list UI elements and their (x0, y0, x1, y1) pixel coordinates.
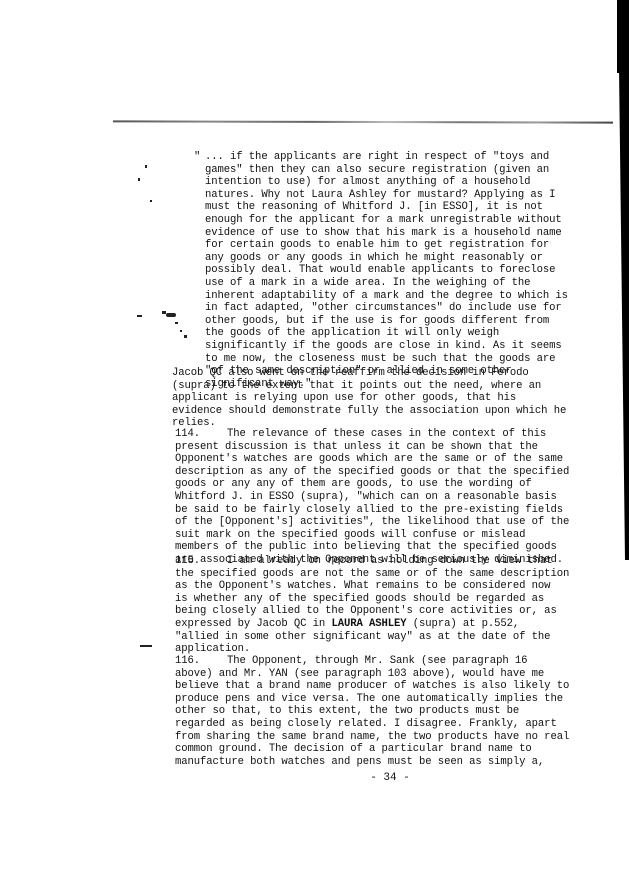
paragraph-line: application. (175, 643, 593, 656)
paragraph-line: I am already on record as holding down t… (227, 555, 552, 567)
paragraph-line: produce pens and vice versa. The one aut… (175, 693, 593, 706)
quote-line: possibly deal. That would enable applica… (205, 264, 593, 277)
paragraph-line: evidence should demonstrate fully the as… (172, 405, 596, 418)
paragraph-first-line: 114.The relevance of these cases in the … (175, 428, 593, 441)
text-span: (supra) at p.552, (407, 618, 520, 630)
quote-line: intention to use) for almost anything of… (205, 176, 593, 189)
scan-speck (184, 335, 187, 338)
scan-edge-shadow-taper (619, 0, 629, 560)
scan-speck (180, 330, 182, 332)
scan-speck (137, 315, 142, 317)
paragraph-line: goods or any any of them are goods, to u… (175, 478, 593, 491)
case-name-bold: LAURA ASHLEY (331, 618, 406, 630)
quote-line: for certain goods to enable him to get r… (205, 239, 593, 252)
quote-lines: ... if the applicants are right in respe… (205, 151, 593, 390)
paragraph-line: "allied in some other significant way" a… (175, 631, 593, 644)
paragraph-first-line: 115.I am already on record as holding do… (175, 555, 593, 568)
paragraph-line: The Opponent, through Mr. Sank (see para… (227, 655, 527, 667)
paragraph-number: 116. (175, 655, 227, 668)
paragraph-number: 114. (175, 428, 227, 441)
paragraph-line: from sharing the same brand name, the tw… (175, 731, 593, 744)
quote-line: inherent adaptability of a mark and the … (205, 290, 593, 303)
quote-line: must the reasoning of Whitford J. [in ES… (205, 201, 593, 214)
paragraph-115: 115.I am already on record as holding do… (175, 555, 593, 656)
scan-speck (138, 178, 140, 181)
quote-line: other goods, but if the use is for goods… (205, 315, 593, 328)
text-span: expressed by Jacob QC in (175, 618, 331, 630)
paragraph-line: common ground. The decision of a particu… (175, 743, 593, 756)
scan-speck (166, 313, 176, 317)
paragraph-line: Jacob QC also went on the reaffirm the d… (172, 367, 596, 380)
paragraph-jacob-qc: Jacob QC also went on the reaffirm the d… (172, 367, 596, 430)
paragraph-line: present discussion is that unless it can… (175, 441, 593, 454)
paragraph-line: other so that, to this extent, the two p… (175, 705, 593, 718)
quote-line: significantly if the goods are close in … (205, 340, 593, 353)
paragraph-line: of the [Opponent's] activities", the lik… (175, 516, 593, 529)
quote-line: in fact adapted, "other circumstances" d… (205, 302, 593, 315)
paragraph-116: 116.The Opponent, through Mr. Sank (see … (175, 655, 593, 768)
paragraph-line: above) and Mr. YAN (see paragraph 103 ab… (175, 668, 593, 681)
quote-line: enough for the applicant for a mark unre… (205, 214, 593, 227)
quote-line: evidence of use to show that his mark is… (205, 227, 593, 240)
paragraph-line: the specified goods are not the same or … (175, 568, 593, 581)
paragraph-line: be said to be fairly closely allied to t… (175, 504, 593, 517)
scan-speck (150, 200, 152, 202)
paragraph-114: 114.The relevance of these cases in the … (175, 428, 593, 567)
quote-line: games" then they can also secure registr… (205, 164, 593, 177)
paragraph-line: (supra) to the extent that it points out… (172, 380, 596, 393)
page-number: - 34 - (330, 772, 450, 784)
margin-dash (140, 645, 152, 647)
paragraph-line: being closely allied to the Opponent's c… (175, 605, 593, 618)
paragraph-first-line: 116.The Opponent, through Mr. Sank (see … (175, 655, 593, 668)
scan-speck (175, 322, 178, 324)
paragraph-line: as the Opponent's watches. What remains … (175, 580, 593, 593)
paragraph-line: Whitford J. in ESSO (supra), "which can … (175, 491, 593, 504)
paragraph-number: 115. (175, 555, 227, 568)
paragraph-line: regarded as being closely related. I dis… (175, 718, 593, 731)
paragraph-line: suit mark on the specified goods will co… (175, 529, 593, 542)
paragraph-line: members of the public into believing tha… (175, 541, 593, 554)
paragraph-line: The relevance of these cases in the cont… (227, 428, 546, 440)
quote-line: natures. Why not Laura Ashley for mustar… (205, 189, 593, 202)
quote-line: use of a mark in a wide area. In the wei… (205, 277, 593, 290)
quote-line: to me now, the closeness must be such th… (205, 353, 593, 366)
quote-line: ... if the applicants are right in respe… (205, 151, 593, 164)
paragraph-line: Opponent's watches are goods which are t… (175, 453, 593, 466)
paragraph-line: is whether any of the specified goods sh… (175, 593, 593, 606)
header-rule (113, 120, 613, 123)
paragraph-line: description as any of the specified good… (175, 466, 593, 479)
document-page: " ... if the applicants are right in res… (0, 0, 629, 877)
paragraph-line: believe that a brand name producer of wa… (175, 680, 593, 693)
paragraph-line: applicant is relying upon use for other … (172, 392, 596, 405)
block-quote: " ... if the applicants are right in res… (205, 151, 593, 390)
quote-line: any goods or any goods in which he might… (205, 252, 593, 265)
quote-open-mark: " (194, 151, 200, 164)
scan-speck (145, 165, 147, 168)
quote-line: the goods of the application it will onl… (205, 327, 593, 340)
paragraph-line-with-case-name: expressed by Jacob QC in LAURA ASHLEY (s… (175, 618, 593, 631)
paragraph-line: manufacture both watches and pens must b… (175, 756, 593, 769)
